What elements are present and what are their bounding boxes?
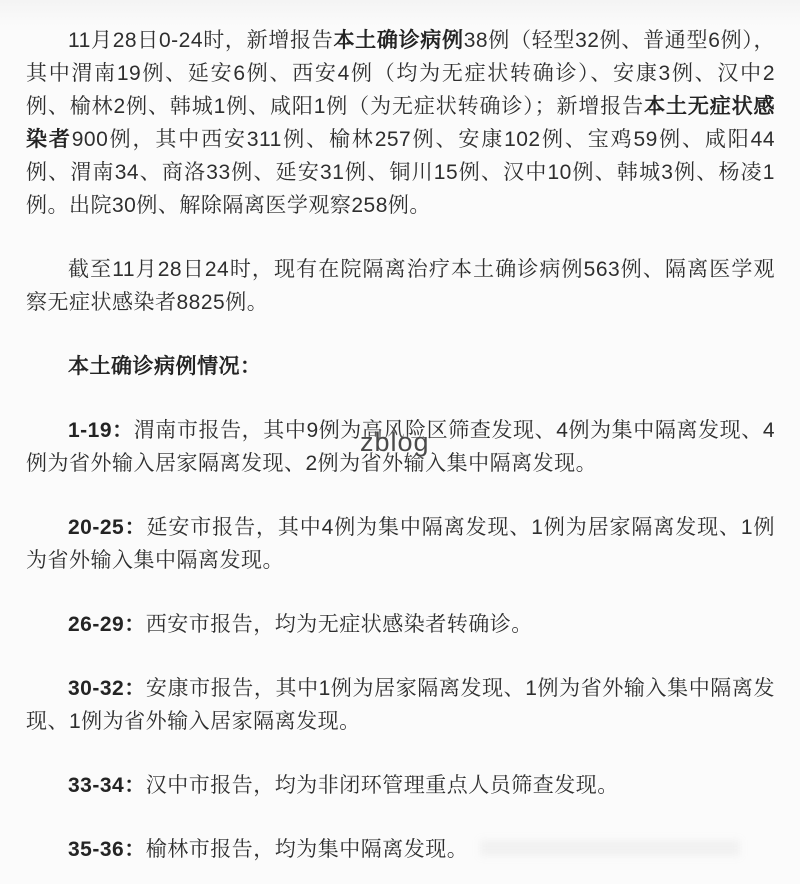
text-run: 汉中市报告，均为非闭环管理重点人员筛查发现。 (146, 774, 619, 797)
case-range-label: 26-29： (68, 613, 146, 636)
paragraph-cases-30-32: 30-32：安康市报告，其中1例为居家隔离发现、1例为省外输入集中隔离发现、1例… (26, 672, 775, 738)
document-page: 11月28日0-24时，新增报告本土确诊病例38例（轻型32例、普通型6例），其… (0, 0, 800, 884)
text-run: 11月28日0-24时，新增报告 (68, 29, 333, 52)
paragraph-cases-26-29: 26-29：西安市报告，均为无症状感染者转确诊。 (26, 608, 775, 641)
text-run: 西安市报告，均为无症状感染者转确诊。 (146, 613, 533, 636)
paragraph-cases-20-25: 20-25：延安市报告，其中4例为集中隔离发现、1例为居家隔离发现、1例为省外输… (26, 511, 775, 577)
text-run: 截至11月28日24时，现有在院隔离治疗本土确诊病例563例、隔离医学观察无症状… (26, 258, 775, 314)
paragraph-cumulative-summary: 截至11月28日24时，现有在院隔离治疗本土确诊病例563例、隔离医学观察无症状… (26, 253, 775, 319)
case-range-label: 1-19： (68, 419, 134, 442)
bold-text-run: 本土确诊病例 (333, 29, 463, 52)
paragraph-cases-33-34: 33-34：汉中市报告，均为非闭环管理重点人员筛查发现。 (26, 769, 775, 802)
case-range-label: 33-34： (68, 774, 146, 797)
case-range-label: 20-25： (68, 516, 147, 539)
paragraph-daily-new-cases: 11月28日0-24时，新增报告本土确诊病例38例（轻型32例、普通型6例），其… (26, 24, 775, 222)
section-heading-local-confirmed-cases: 本土确诊病例情况： (26, 350, 775, 383)
text-run: 渭南市报告，其中9例为高风险区筛查发现、4例为集中隔离发现、4例为省外输入居家隔… (26, 419, 775, 475)
text-run: 榆林市报告，均为集中隔离发现。 (146, 838, 469, 861)
paragraph-cases-35-36: 35-36：榆林市报告，均为集中隔离发现。 (26, 833, 775, 866)
case-range-label: 30-32： (68, 677, 146, 700)
paragraph-cases-1-19: 1-19：渭南市报告，其中9例为高风险区筛查发现、4例为集中隔离发现、4例为省外… (26, 414, 775, 480)
text-run: 900例，其中西安311例、榆林257例、安康102例、宝鸡59例、咸阳44例、… (26, 128, 775, 217)
case-range-label: 35-36： (68, 838, 146, 861)
heading-text: 本土确诊病例情况： (68, 355, 262, 378)
